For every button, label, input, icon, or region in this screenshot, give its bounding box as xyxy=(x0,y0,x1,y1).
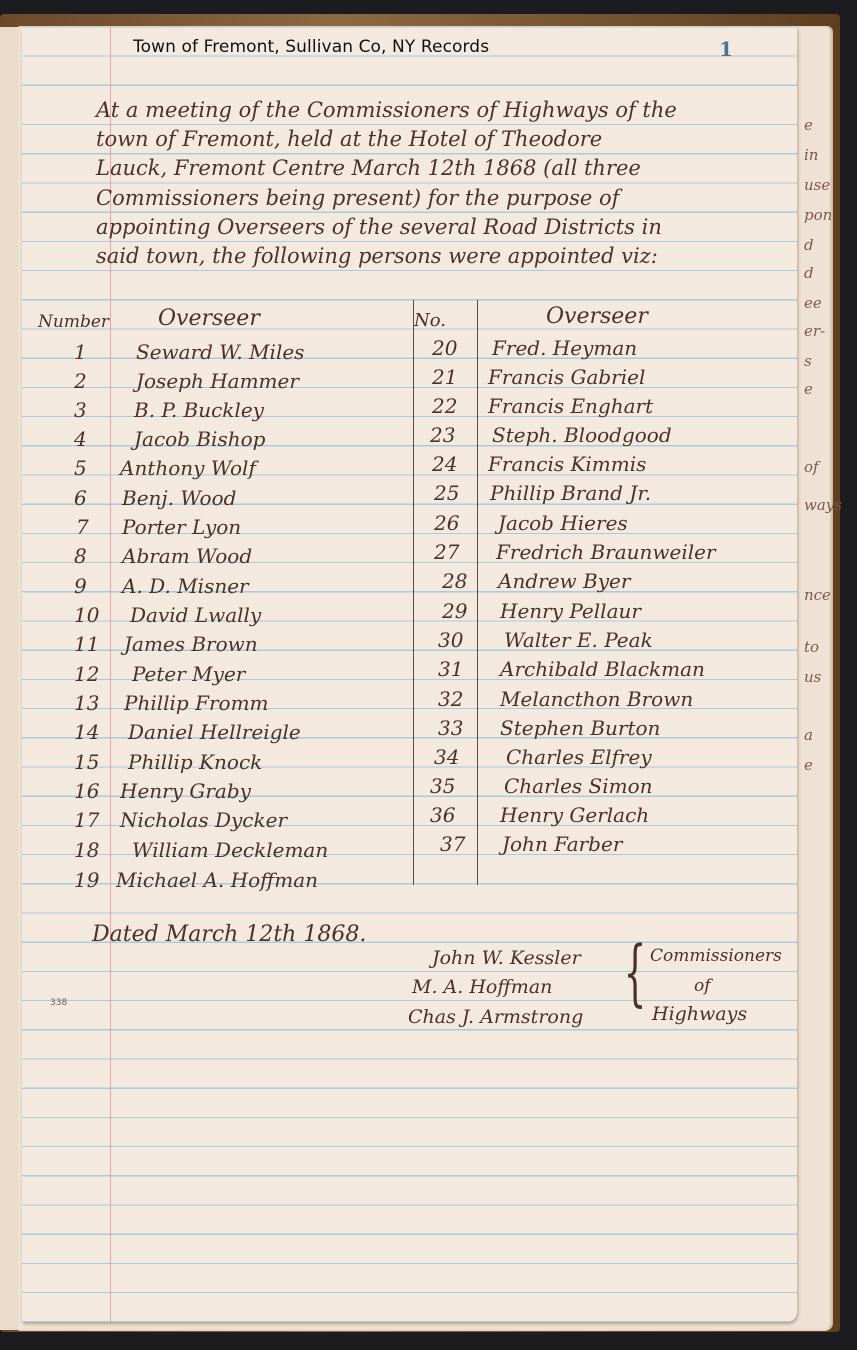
overseer-name: Anthony Wolf xyxy=(120,454,256,483)
overseer-name: James Brown xyxy=(124,630,258,659)
district-number: 20 xyxy=(432,334,457,363)
district-number: 24 xyxy=(432,450,457,479)
district-number: 10 xyxy=(74,601,99,630)
bleed-text: to xyxy=(804,638,819,656)
bleed-text: ee xyxy=(804,294,822,312)
bleed-text: in xyxy=(804,146,818,164)
commissioner-title-line: Commissioners xyxy=(650,946,782,966)
bleed-text: us xyxy=(804,668,821,686)
overseer-name: A. D. Misner xyxy=(122,572,249,601)
overseer-name: Melancthon Brown xyxy=(500,685,693,714)
district-number: 22 xyxy=(432,392,457,421)
right-overseer-header: Overseer xyxy=(546,304,648,329)
bleed-text: pon xyxy=(804,206,832,224)
overseer-name: Phillip Brand Jr. xyxy=(490,479,651,508)
overseer-name: Francis Kimmis xyxy=(488,450,646,479)
district-number: 15 xyxy=(74,748,99,777)
district-number: 4 xyxy=(74,425,87,454)
column-divider xyxy=(477,300,478,885)
overseer-name: Peter Myer xyxy=(132,660,245,689)
district-number: 11 xyxy=(74,630,99,659)
overseer-name: Michael A. Hoffman xyxy=(116,866,318,895)
bleed-text: d xyxy=(804,236,814,254)
overseer-name: B. P. Buckley xyxy=(134,396,264,425)
district-number: 26 xyxy=(434,509,459,538)
bleed-text: e xyxy=(804,116,813,134)
commissioner-signature: M. A. Hoffman xyxy=(412,976,552,998)
overseer-name: Nicholas Dycker xyxy=(120,806,287,835)
district-number: 33 xyxy=(438,714,463,743)
district-number: 34 xyxy=(434,743,459,772)
overseer-name: William Deckleman xyxy=(132,836,328,865)
district-number: 14 xyxy=(74,718,99,747)
district-number: 32 xyxy=(438,685,463,714)
bleed-text: use xyxy=(804,176,830,194)
left-overseer-header: Overseer xyxy=(158,306,260,331)
district-number: 30 xyxy=(438,626,463,655)
bleed-text: nce xyxy=(804,586,831,604)
district-number: 13 xyxy=(74,689,99,718)
meeting-minutes-paragraph: At a meeting of the Commissioners of Hig… xyxy=(96,96,776,271)
district-number: 29 xyxy=(442,597,467,626)
overseer-name: Porter Lyon xyxy=(122,513,241,542)
district-number: 27 xyxy=(434,538,459,567)
date-line: Dated March 12th 1868. xyxy=(92,922,366,947)
district-number: 7 xyxy=(76,513,89,542)
document-title: Town of Fremont, Sullivan Co, NY Records xyxy=(133,37,489,57)
left-number-header: Number xyxy=(38,312,109,332)
overseer-name: Phillip Fromm xyxy=(124,689,269,718)
overseer-name: Henry Gerlach xyxy=(500,801,649,830)
signature-brace: { xyxy=(623,936,646,1008)
overseer-name: Jacob Bishop xyxy=(134,425,265,454)
overseer-name: Benj. Wood xyxy=(122,484,236,513)
overseer-name: Steph. Bloodgood xyxy=(492,421,672,450)
overseer-name: Henry Pellaur xyxy=(500,597,641,626)
column-divider xyxy=(413,300,414,885)
margin-mark: 338 xyxy=(50,998,67,1008)
overseer-name: Charles Simon xyxy=(504,772,653,801)
overseer-name: Charles Elfrey xyxy=(506,743,652,772)
overseer-name: Francis Enghart xyxy=(488,392,653,421)
overseer-name: David Lwally xyxy=(130,601,261,630)
district-number: 8 xyxy=(74,542,87,571)
district-number: 23 xyxy=(430,421,455,450)
bleed-text: of xyxy=(804,458,819,476)
minutes-line: At a meeting of the Commissioners of Hig… xyxy=(96,96,776,125)
district-number: 16 xyxy=(74,777,99,806)
district-number: 31 xyxy=(438,655,463,684)
district-number: 12 xyxy=(74,660,99,689)
overseer-name: Walter E. Peak xyxy=(504,626,653,655)
overseer-name: Jacob Hieres xyxy=(498,509,628,538)
bleed-text: er- xyxy=(804,322,825,340)
bleed-text: e xyxy=(804,756,813,774)
district-number: 36 xyxy=(430,801,455,830)
district-number: 35 xyxy=(430,772,455,801)
overseer-name: Joseph Hammer xyxy=(136,367,299,396)
overseer-name: Archibald Blackman xyxy=(500,655,705,684)
page-number: 1 xyxy=(719,37,733,61)
commissioner-title-line: Highways xyxy=(652,1003,747,1025)
overseer-name: Andrew Byer xyxy=(498,567,630,596)
district-number: 2 xyxy=(74,367,87,396)
overseer-name: Fredrich Braunweiler xyxy=(496,538,716,567)
district-number: 5 xyxy=(74,454,87,483)
bleed-text: a xyxy=(804,726,813,744)
minutes-line: said town, the following persons were ap… xyxy=(96,242,776,271)
district-number: 28 xyxy=(442,567,467,596)
overseer-name: John Farber xyxy=(502,830,622,859)
right-number-header: No. xyxy=(414,310,446,331)
overseer-name: Fred. Heyman xyxy=(492,334,637,363)
overseer-name: Abram Wood xyxy=(122,542,252,571)
commissioner-signature: John W. Kessler xyxy=(432,947,581,969)
overseer-name: Daniel Hellreigle xyxy=(128,718,301,747)
district-number: 17 xyxy=(74,806,99,835)
overseer-name: Phillip Knock xyxy=(128,748,262,777)
bleed-text: ways xyxy=(804,496,842,514)
district-number: 25 xyxy=(434,479,459,508)
minutes-line: Lauck, Fremont Centre March 12th 1868 (a… xyxy=(96,154,776,183)
district-number: 3 xyxy=(74,396,87,425)
commissioner-title-line: of xyxy=(694,976,711,996)
minutes-line: Commissioners being present) for the pur… xyxy=(96,184,776,213)
district-number: 9 xyxy=(74,572,87,601)
district-number: 19 xyxy=(74,866,99,895)
commissioner-signature: Chas J. Armstrong xyxy=(408,1006,583,1028)
minutes-line: appointing Overseers of the several Road… xyxy=(96,213,776,242)
bleed-text: s xyxy=(804,352,812,370)
bleed-text: e xyxy=(804,380,813,398)
overseer-name: Francis Gabriel xyxy=(488,363,645,392)
district-number: 18 xyxy=(74,836,99,865)
overseer-name: Seward W. Miles xyxy=(136,338,304,367)
minutes-line: town of Fremont, held at the Hotel of Th… xyxy=(96,125,776,154)
district-number: 1 xyxy=(74,338,87,367)
overseer-name: Henry Graby xyxy=(120,777,251,806)
overseer-name: Stephen Burton xyxy=(500,714,660,743)
district-number: 6 xyxy=(74,484,87,513)
district-number: 37 xyxy=(440,830,465,859)
district-number: 21 xyxy=(432,363,457,392)
bleed-text: d xyxy=(804,264,814,282)
